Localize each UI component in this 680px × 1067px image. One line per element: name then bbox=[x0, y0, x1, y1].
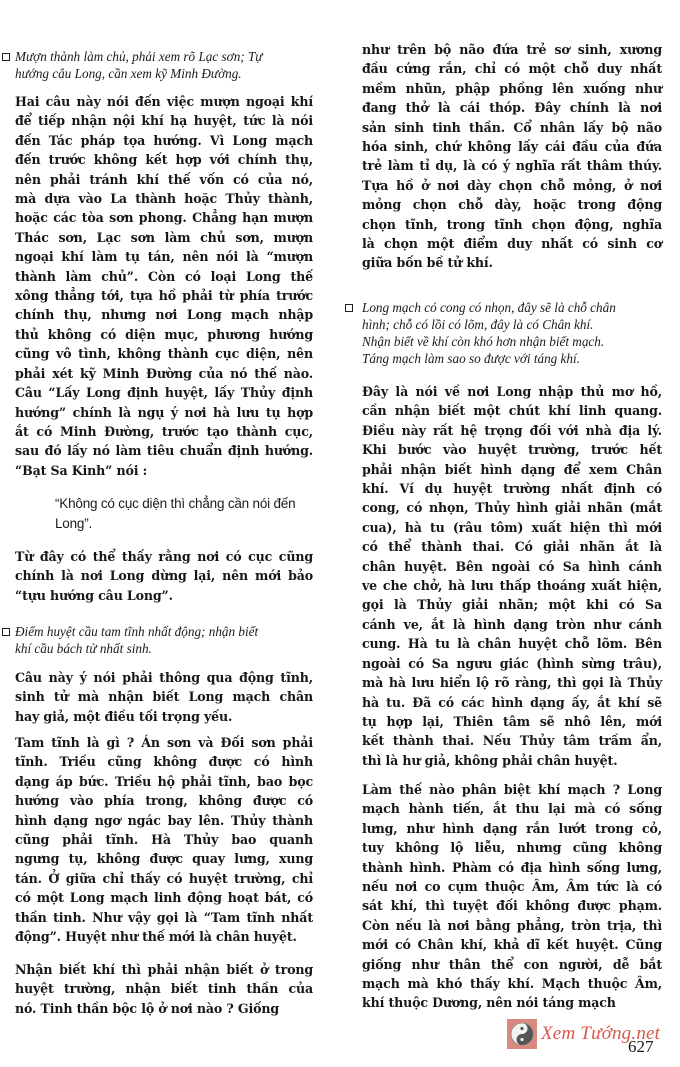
text-line: “Không có cục diện thì chẳng cần nói đến bbox=[15, 494, 313, 514]
text-line: hóa sinh, chứ không lấy cái đầu của đứa bbox=[362, 137, 662, 156]
text-line: xông thẳng tới, tựa hồ phải từ phía trướ… bbox=[15, 286, 313, 305]
text-line: phải xét kỹ Minh Đường của nó thế nào. bbox=[15, 364, 313, 383]
text-line: gọi là Thủy giải nhãn; một khi có Sa bbox=[362, 595, 662, 614]
text-line: sản sinh tinh thần. Cổ nhân lấy bộ não bbox=[362, 118, 662, 137]
text-line: ve che chở, hà lưu thấp thoáng xuất hiện… bbox=[362, 576, 662, 595]
text-line: tụ hợp lại, Thiên tâm sẽ nhô lên, mới bbox=[362, 712, 662, 731]
text-line: đến Tác pháp tọa hướng. Vì Long mạch bbox=[15, 131, 313, 150]
text-line: đầu cứng rắn, chỉ có một chỗ duy nhất bbox=[362, 59, 662, 78]
section-heading-1: Mượn thành làm chủ, phải xem rõ Lạc sơn;… bbox=[15, 48, 315, 82]
text-line: Làm thế nào phân biệt khí mạch ? Long bbox=[362, 780, 662, 799]
text-line: ngoại khí làm tụ tán, nên nói là “mượn bbox=[15, 247, 313, 266]
text-line: là chọn một điểm duy nhất có sinh cơ bbox=[362, 234, 662, 253]
text-line: cung. Hà tu là chân huyệt chỗ lõm. Bên bbox=[362, 634, 662, 653]
text-line: chân huyệt. Bên ngoài có Sa hình cánh bbox=[362, 557, 662, 576]
text-line: phải nhận biết hình dạng để xem Chân bbox=[362, 460, 662, 479]
text-line: sinh tử mà nhận biết Long mạch chân bbox=[15, 687, 313, 706]
text-line: mà dựa vào La thành hoặc Thủy thành, bbox=[15, 189, 313, 208]
paragraph: Đây là nói về nơi Long nhập thủ mơ hồ,cầ… bbox=[362, 382, 662, 770]
text-line: mà hà lưu hiển lộ rõ ràng, thì gọi là Th… bbox=[362, 673, 662, 692]
text-line: chính là nơi Long dừng lại, nên mới bảo bbox=[15, 566, 313, 585]
paragraph: Câu này ý nói phải thông qua động tĩnh,s… bbox=[15, 668, 313, 726]
text-line: Từ đây có thể thấy rằng nơi có cục cũng bbox=[15, 547, 313, 566]
section-heading-2: Điểm huyệt cầu tam tĩnh nhất động; nhận … bbox=[15, 623, 315, 657]
text-line: cũng vô tình, không thành cục diện, nên bbox=[15, 344, 313, 363]
text-line: giữa bốn bề tử khí. bbox=[362, 253, 662, 272]
text-line: kết thành thai. Nếu Thủy tâm trầm ẩn, bbox=[362, 731, 662, 750]
heading-line: hình; chỗ có lồi có lõm, đây là có Chân … bbox=[362, 316, 664, 333]
paragraph: Hai câu này nói đến việc mượn ngoại khíđ… bbox=[15, 92, 313, 480]
text-line: mềm nhũn, phập phồng lên xuống như bbox=[362, 79, 662, 98]
text-line: có một Long mạch linh động hoạt bát, có bbox=[15, 888, 313, 907]
text-line: sau đó lấy nó làm tiêu chuẩn định hướng. bbox=[15, 441, 313, 460]
text-line: động”. Huyệt như thế mới là chân huyệt. bbox=[15, 927, 313, 946]
text-line: chọn tĩnh, trong tĩnh chọn động, nghĩa bbox=[362, 215, 662, 234]
text-line: Điều này rất hệ trọng đối với nhà địa lý… bbox=[362, 421, 662, 440]
heading-line: hướng câu Long, cần xem kỹ Minh Đường. bbox=[15, 65, 315, 82]
text-line: Nhận biết khí thì phải nhận biết ở trong bbox=[15, 960, 313, 979]
page-number: 627 bbox=[628, 1037, 654, 1057]
text-line: nó. Tinh thần bộc lộ ở nơi nào ? Giống bbox=[15, 999, 313, 1018]
text-line: có thể thành thai. Có giải nhãn ắt là bbox=[362, 537, 662, 556]
text-line: Còn nếu là nơi bằng phẳng, tròn trịa, th… bbox=[362, 916, 662, 935]
book-page: Mượn thành làm chủ, phải xem rõ Lạc sơn;… bbox=[0, 0, 680, 1067]
heading-line: Điểm huyệt cầu tam tĩnh nhất động; nhận … bbox=[15, 623, 315, 640]
text-line: mỏng chọn chỗ dày, hoặc trong động bbox=[362, 195, 662, 214]
paragraph: Từ đây có thể thấy rằng nơi có cục cũngc… bbox=[15, 547, 313, 605]
text-line: thần tinh. Như vậy gọi là “Tam tĩnh nhất bbox=[15, 908, 313, 927]
text-line: hay giả, một điều tối trọng yếu. bbox=[15, 707, 313, 726]
section-heading-3: Long mạch có cong có nhọn, đây sẽ là chỗ… bbox=[362, 299, 664, 367]
text-line: nếu nơi co cụm thuộc Âm, Âm tức là có bbox=[362, 877, 662, 896]
text-line: giống như thân thể con người, dễ bắt bbox=[362, 955, 662, 974]
paragraph: như trên bộ não đứa trẻ sơ sinh, xươngđầ… bbox=[362, 40, 662, 273]
text-line: hướng vào phía trong, không được có bbox=[15, 791, 313, 810]
text-line: cong, có nhọn, Thủy hình giải nhãn (mắt bbox=[362, 498, 662, 517]
text-line: hoặc các tòa sơn phong. Chẳng hạn mượn bbox=[15, 208, 313, 227]
text-line: hướng” chính là ngụ ý nơi hà lưu tụ hợp bbox=[15, 403, 313, 422]
heading-line: Táng mạch làm sao so được với táng khí. bbox=[362, 350, 664, 367]
text-line: trẻ làm tỉ dụ, là có ý nghĩa rất thâm th… bbox=[362, 156, 662, 175]
text-line: mới có Chân khí, khả dĩ kết huyệt. Cũng bbox=[362, 935, 662, 954]
text-line: dạng áp bức. Triều hộ phải tĩnh, bao bọc bbox=[15, 772, 313, 791]
text-line: tuy không lộ liễu, nhưng cũng không bbox=[362, 838, 662, 857]
text-line: ngoài có Sa ngưu giác (hình sừng trâu), bbox=[362, 654, 662, 673]
text-line: tĩnh. Triều cũng không được có hình bbox=[15, 752, 313, 771]
text-line: hà tu. Đã có các hình dạng ấy, ắt khí sẽ bbox=[362, 693, 662, 712]
text-line: mạch hành tiến, ắt thu lại mà có sống bbox=[362, 799, 662, 818]
text-line: đến trước không kết hợp với chính thụ, bbox=[15, 150, 313, 169]
text-line: thủ không có diện mục, phương hướng bbox=[15, 325, 313, 344]
text-line: tán. Ở giữa chỉ thấy có huyệt trường, ch… bbox=[15, 869, 313, 888]
text-line: cũng phải tĩnh. Hà Thủy bao quanh bbox=[15, 830, 313, 849]
checkbox-bullet-icon bbox=[2, 53, 10, 61]
text-line: khí thuộc Dương, nên nói táng mạch bbox=[362, 993, 662, 1012]
text-line: để tiếp nhận nội khí hạ huyệt, tức là nó… bbox=[15, 111, 313, 130]
text-line: thành hình. Phàm có địa hình sống lưng, bbox=[362, 858, 662, 877]
text-line: thành làm chủ”. Còn có loại Long thế bbox=[15, 267, 313, 286]
text-line: nên phải tránh khí thế vốn có của nó, bbox=[15, 170, 313, 189]
text-line: như trên bộ não đứa trẻ sơ sinh, xương bbox=[362, 40, 662, 59]
text-line: “tựu hướng câu Long”. bbox=[15, 586, 313, 605]
text-line: Đây là nói về nơi Long nhập thủ mơ hồ, bbox=[362, 382, 662, 401]
heading-line: khí cầu bách tử nhất sinh. bbox=[15, 640, 315, 657]
text-line: khí. Ví dụ huyệt trường nhất định có bbox=[362, 479, 662, 498]
text-line: đang thở là cái thóp. Đây chính là nơi bbox=[362, 98, 662, 117]
text-line: mạch mà khó thấy khí. Mạch thuộc Âm, bbox=[362, 974, 662, 993]
heading-line: Mượn thành làm chủ, phải xem rõ Lạc sơn;… bbox=[15, 48, 315, 65]
text-line: Tựa hồ ở nơi dày chọn chỗ mỏng, ở nơi bbox=[362, 176, 662, 195]
paragraph: Tam tĩnh là gì ? Án sơn và Đối sơn phảit… bbox=[15, 733, 313, 946]
text-line: cần nhận biết một chút khí linh quang. bbox=[362, 401, 662, 420]
text-line: Hai câu này nói đến việc mượn ngoại khí bbox=[15, 92, 313, 111]
quote-block: “Không có cục diện thì chẳng cần nói đến… bbox=[15, 494, 313, 533]
text-line: hình dạng ngơ ngác bay lên. Thủy thành bbox=[15, 811, 313, 830]
text-line: ngưng tụ, không được quay lưng, xung bbox=[15, 849, 313, 868]
text-line: Khi bước vào huyệt trường, trước hết bbox=[362, 440, 662, 459]
text-line: Câu “Lấy Long định huyệt, lấy Thủy định bbox=[15, 383, 313, 402]
text-line: huyệt trường, nhận biết tinh thần của bbox=[15, 979, 313, 998]
heading-line: Nhận biết về khí còn khó hơn nhận biết m… bbox=[362, 333, 664, 350]
text-line: chính thụ, nhưng nơi Long mạch nhập bbox=[15, 305, 313, 324]
checkbox-bullet-icon bbox=[2, 628, 10, 636]
watermark-logo bbox=[507, 1019, 537, 1049]
paragraph: Nhận biết khí thì phải nhận biết ở trong… bbox=[15, 960, 313, 1018]
text-line: “Bạt Sa Kinh” nói : bbox=[15, 461, 313, 480]
yin-yang-icon bbox=[510, 1022, 534, 1046]
text-line: sát khí, thì tuyệt đối không được phạm. bbox=[362, 896, 662, 915]
text-line: Thác sơn, Lạc sơn làm chủ sơn, mượn bbox=[15, 228, 313, 247]
text-line: cua), hà tu (râu tôm) xuất hiện thì mới bbox=[362, 518, 662, 537]
paragraph: Làm thế nào phân biệt khí mạch ? Longmạc… bbox=[362, 780, 662, 1013]
text-line: Tam tĩnh là gì ? Án sơn và Đối sơn phải bbox=[15, 733, 313, 752]
heading-line: Long mạch có cong có nhọn, đây sẽ là chỗ… bbox=[362, 299, 664, 316]
text-line: Long”. bbox=[15, 514, 313, 534]
text-line: cánh ve, ắt là hình dạng tròn như cánh bbox=[362, 615, 662, 634]
text-line: Câu này ý nói phải thông qua động tĩnh, bbox=[15, 668, 313, 687]
text-line: thì là hư giả, không phải chân huyệt. bbox=[362, 751, 662, 770]
text-line: ắt có Minh Đường, trước tạo thành cục, bbox=[15, 422, 313, 441]
checkbox-bullet-icon bbox=[345, 304, 353, 312]
text-line: lưng, như hình dạng rắn lướt trong cỏ, bbox=[362, 819, 662, 838]
